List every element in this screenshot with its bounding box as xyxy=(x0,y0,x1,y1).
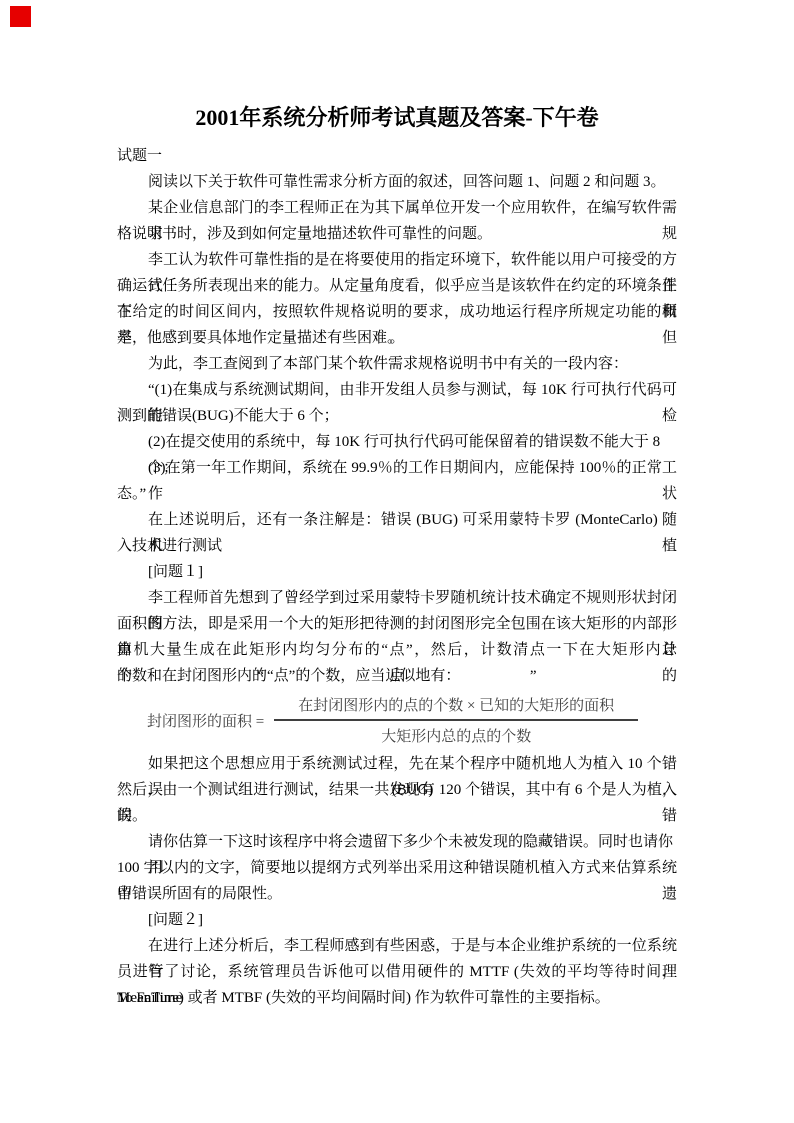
text-line: 为此，李工查阅到了本部门某个软件需求规格说明书中有关的一段内容： xyxy=(117,351,677,377)
formula-fraction: 在封闭图形内的点的个数 × 已知的大矩形的面积 大矩形内总的点的个数 xyxy=(274,694,638,746)
formula-lhs: 封闭图形的面积 = xyxy=(147,710,264,731)
document-content: 2001年系统分析师考试真题及答案-下午卷 试题一阅读以下关于软件可靠性需求分析… xyxy=(117,103,677,1011)
text-line: 确运行任务所表现出来的能力。从定量角度看，似乎应当是该软件在约定的环境条件下和 xyxy=(117,273,677,299)
text-line: (3)在第一年工作期间，系统在 99.9％的工作日期间内，应能保持 100％的正… xyxy=(117,455,677,481)
document-page: 2001年系统分析师考试真题及答案-下午卷 试题一阅读以下关于软件可靠性需求分析… xyxy=(0,0,794,1123)
text-line: 请你估算一下这时该程序中将会遗留下多少个未被发现的隐藏错误。同时也请你用 xyxy=(117,829,677,855)
text-line: [问题１] xyxy=(117,559,677,585)
text-line: 李工程师首先想到了曾经学到过采用蒙特卡罗随机统计技术确定不规则形状封闭图形 xyxy=(117,585,677,611)
text-line: To Failure) 或者 MTBF (失效的平均间隔时间) 作为软件可靠性的… xyxy=(117,985,677,1011)
text-line: 面积的方法，即是采用一个大的矩形把待测的封闭图形完全包围在该大矩形的内部，由计 xyxy=(117,611,677,637)
text-line: 然后，由一个测试组进行测试，结果一共发现有 120 个错误，其中有 6 个是人为… xyxy=(117,777,677,803)
text-line: 在进行上述分析后，李工程师感到有些困惑，于是与本企业维护系统的一位系统管理 xyxy=(117,933,677,959)
red-corner-marker xyxy=(10,6,31,27)
body-lines-upper: 试题一阅读以下关于软件可靠性需求分析方面的叙述，回答问题 1、问题 2 和问题 … xyxy=(117,143,677,689)
text-line: [问题２] xyxy=(117,907,677,933)
text-line: 李工认为软件可靠性指的是在将要使用的指定环境下，软件能以用户可接受的方式正 xyxy=(117,247,677,273)
text-line: 在给定的时间区间内，按照软件规格说明的要求，成功地运行程序所规定功能的概率。但 xyxy=(117,299,677,325)
formula-denominator: 大矩形内总的点的个数 xyxy=(274,721,638,746)
area-formula: 封闭图形的面积 = 在封闭图形内的点的个数 × 已知的大矩形的面积 大矩形内总的… xyxy=(117,689,677,751)
text-line: 100 字以内的文字，简要地以提纲方式列举出采用这种错误随机植入方式来估算系统中… xyxy=(117,855,677,881)
text-line: 在上述说明后，还有一条注解是：错误 (BUG) 可采用蒙特卡罗 (MonteCa… xyxy=(117,507,677,533)
text-line: “(1)在集成与系统测试期间，由非开发组人员参与测试，每 10K 行可执行代码可… xyxy=(117,377,677,403)
text-line: (2)在提交使用的系统中，每 10K 行可执行代码可能保留着的错误数不能大于 8… xyxy=(117,429,677,455)
formula-numerator: 在封闭图形内的点的个数 × 已知的大矩形的面积 xyxy=(274,694,638,721)
page-title: 2001年系统分析师考试真题及答案-下午卷 xyxy=(117,103,677,133)
text-line: 算机大量生成在此矩形内均匀分布的“点”，然后，计数清点一下在大矩形内总的“点”的 xyxy=(117,637,677,663)
text-line: 员进行了讨论，系统管理员告诉他可以借用硬件的 MTTF (失效的平均等待时间，M… xyxy=(117,959,677,985)
text-line: 试题一 xyxy=(117,143,677,169)
text-line: 某企业信息部门的李工程师正在为其下属单位开发一个应用软件，在编写软件需求规 xyxy=(117,195,677,221)
text-line: 阅读以下关于软件可靠性需求分析方面的叙述，回答问题 1、问题 2 和问题 3。 xyxy=(117,169,677,195)
text-line: 如果把这个思想应用于系统测试过程，先在某个程序中随机地人为植入 10 个错误(B… xyxy=(117,751,677,777)
body-lines-lower: 如果把这个思想应用于系统测试过程，先在某个程序中随机地人为植入 10 个错误(B… xyxy=(117,751,677,1011)
